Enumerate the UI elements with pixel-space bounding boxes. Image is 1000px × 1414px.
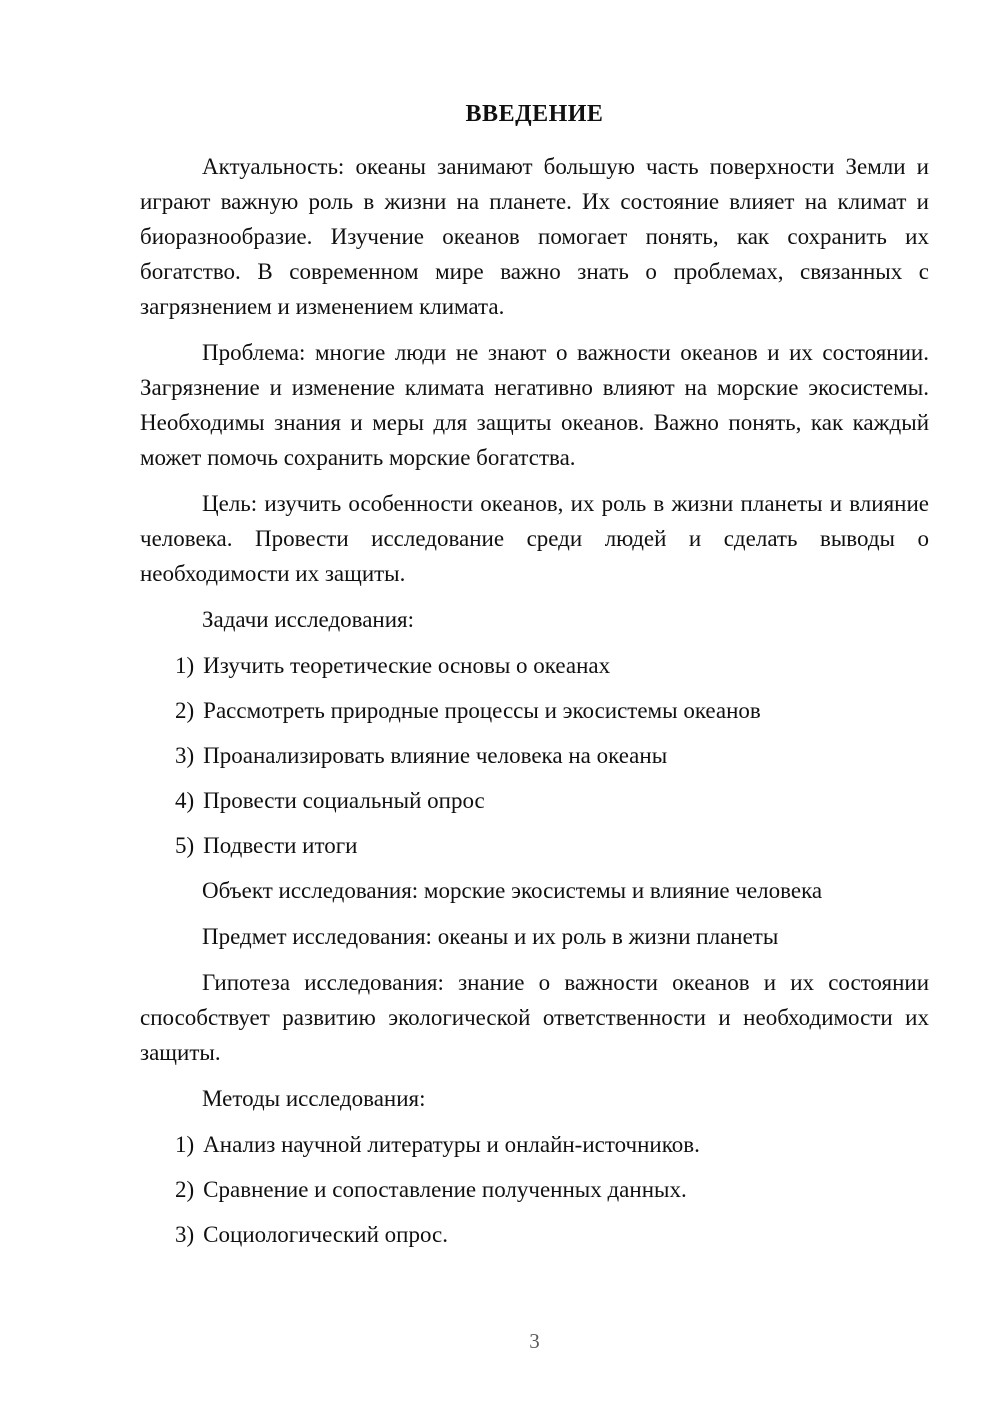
task-item-text: Подвести итоги [203,833,357,858]
task-item-text: Провести социальный опрос [203,788,485,813]
paragraph-hypothesis: Гипотеза исследования: знание о важности… [140,965,929,1070]
document-content: ВВЕДЕНИЕ Актуальность: океаны занимают б… [140,97,929,1262]
method-item-text: Анализ научной литературы и онлайн-источ… [203,1132,700,1157]
paragraph-object: Объект исследования: морские экосистемы … [140,873,929,908]
document-page: ВВЕДЕНИЕ Актуальность: океаны занимают б… [0,0,1000,1414]
task-list-item: 3)Проанализировать влияние человека на о… [140,738,929,773]
paragraph-subject: Предмет исследования: океаны и их роль в… [140,919,929,954]
task-item-text: Изучить теоретические основы о океанах [203,653,610,678]
task-list-item: 2)Рассмотреть природные процессы и экоси… [140,693,929,728]
page-title: ВВЕДЕНИЕ [140,97,929,132]
task-list-item: 1)Изучить теоретические основы о океанах [140,648,929,683]
method-list-item: 3)Социологический опрос. [140,1217,929,1252]
paragraph-tasks-heading: Задачи исследования: [140,602,929,637]
method-item-text: Социологический опрос. [203,1222,448,1247]
method-item-text: Сравнение и сопоставление полученных дан… [203,1177,687,1202]
method-list-item: 1)Анализ научной литературы и онлайн-ист… [140,1127,929,1162]
method-item-marker: 2) [175,1177,194,1202]
task-item-marker: 2) [175,698,194,723]
task-list-item: 5)Подвести итоги [140,828,929,863]
page-number: 3 [140,1324,929,1359]
task-item-marker: 3) [175,743,194,768]
task-item-text: Рассмотреть природные процессы и экосист… [203,698,761,723]
task-list-item: 4)Провести социальный опрос [140,783,929,818]
paragraph-problem: Проблема: многие люди не знают о важност… [140,335,929,475]
paragraph-methods-heading: Методы исследования: [140,1081,929,1116]
paragraph-relevance: Актуальность: океаны занимают большую ча… [140,149,929,324]
method-item-marker: 1) [175,1132,194,1157]
task-item-marker: 5) [175,833,194,858]
task-item-marker: 4) [175,788,194,813]
task-item-text: Проанализировать влияние человека на оке… [203,743,667,768]
paragraph-goal: Цель: изучить особенности океанов, их ро… [140,486,929,591]
method-item-marker: 3) [175,1222,194,1247]
task-item-marker: 1) [175,653,194,678]
method-list-item: 2)Сравнение и сопоставление полученных д… [140,1172,929,1207]
